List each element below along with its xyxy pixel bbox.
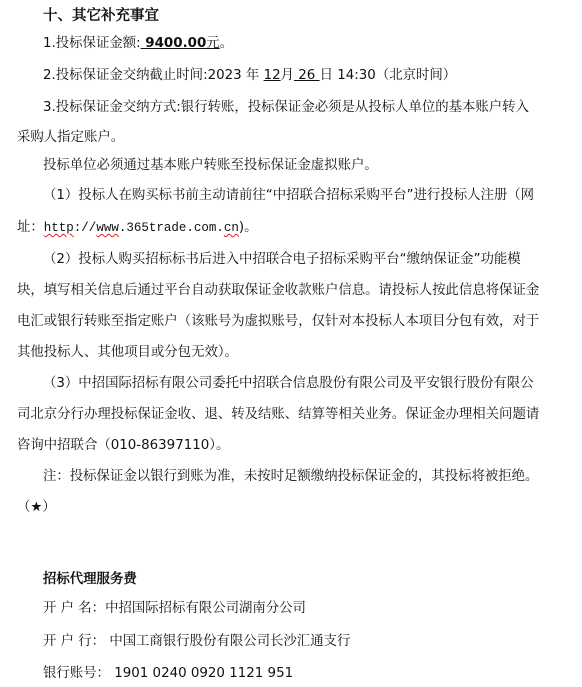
month-label: 月 [281, 68, 294, 83]
note-star-marker: （★） [17, 498, 56, 518]
deadline-day: 26 [294, 68, 320, 83]
step3-line-1: （3）中招国际招标有限公司委托中招联合信息股份有限公司及平安银行股份有限公 [43, 374, 534, 394]
punctuation: )。 [239, 220, 258, 235]
deadline-label: 2.投标保证金交纳截止时间:2023 年 [43, 68, 264, 83]
step2-line-3: 电汇或银行转账至指定账户（该账号为虚拟账号，仅针对本投标人本项目分包有效，对于 [17, 312, 539, 332]
bank-value: 中国工商银行股份有限公司长沙汇通支行 [105, 634, 350, 649]
platform-url[interactable]: http://www.365trade.com.cn [44, 221, 239, 235]
deposit-amount-value: 9400.00 [141, 36, 207, 51]
url-part: .365trade.com. [119, 221, 224, 235]
account-number-value: 1901 0240 0920 1121 951 [110, 666, 293, 681]
deadline-month: 12 [264, 68, 281, 83]
account-number-line: 银行账号： 1901 0240 0920 1121 951 [43, 664, 293, 684]
step2-line-2: 块，填写相关信息后通过平台自动获取保证金收款账户信息。请投标人按此信息将保证金 [17, 281, 539, 301]
payment-method-line-2: 采购人指定账户。 [17, 128, 124, 148]
account-name-line: 开 户 名：中招国际招标有限公司湖南分公司 [43, 599, 306, 619]
step2-line-1: （2）投标人购买招标标书后进入中招联合电子招标采购平台“缴纳保证金”功能模 [43, 250, 521, 270]
step1-line-1: （1）投标人在购买标书前主动请前往“中招联合招标采购平台”进行投标人注册（网 [43, 186, 534, 206]
deposit-amount-line: 1.投标保证金额: 9400.00元。 [43, 34, 233, 54]
url-part: www [96, 221, 119, 235]
deposit-deadline-line: 2.投标保证金交纳截止时间:2023 年 12月 26 日 14:30（北京时间… [43, 66, 456, 86]
url-part: http [44, 221, 74, 235]
basic-account-note: 投标单位必须通过基本账户转账至投标保证金虚拟账户。 [43, 156, 378, 176]
url-part: cn [224, 221, 239, 235]
bank-label: 开 户 行： [43, 634, 105, 649]
note-line-1: 注：投标保证金以银行到账为准，未按时足额缴纳投标保证金的，其投标将被拒绝。 [43, 467, 538, 487]
punctuation: 。 [220, 36, 233, 51]
deposit-amount-unit: 元 [206, 36, 219, 51]
section-title: 十、其它补充事宜 [43, 6, 159, 26]
account-name-label: 开 户 名： [43, 601, 105, 616]
step3-line-2: 司北京分行办理投标保证金收、退、转及结账、结算等相关业务。保证金办理相关问题请 [17, 405, 539, 425]
deposit-amount-label: 1.投标保证金额: [43, 36, 141, 51]
account-number-label: 银行账号： [43, 666, 110, 681]
account-name-value: 中招国际招标有限公司湖南分公司 [105, 601, 306, 616]
url-part: :// [74, 221, 97, 235]
step3-line-3: 咨询中招联合（010-86397110）。 [17, 436, 229, 456]
deadline-time: 14:30（北京时间） [333, 68, 456, 83]
bank-line: 开 户 行： 中国工商银行股份有限公司长沙汇通支行 [43, 632, 350, 652]
address-label: 址： [17, 220, 44, 235]
agency-fee-title: 招标代理服务费 [43, 570, 137, 590]
payment-method-line-1: 3.投标保证金交纳方式:银行转账，投标保证金必须是从投标人单位的基本账户转入 [43, 98, 529, 118]
step1-line-2: 址：http://www.365trade.com.cn)。 [17, 218, 258, 238]
day-label: 日 [320, 68, 333, 83]
step2-line-4: 其他投标人、其他项目或分包无效）。 [17, 343, 238, 363]
